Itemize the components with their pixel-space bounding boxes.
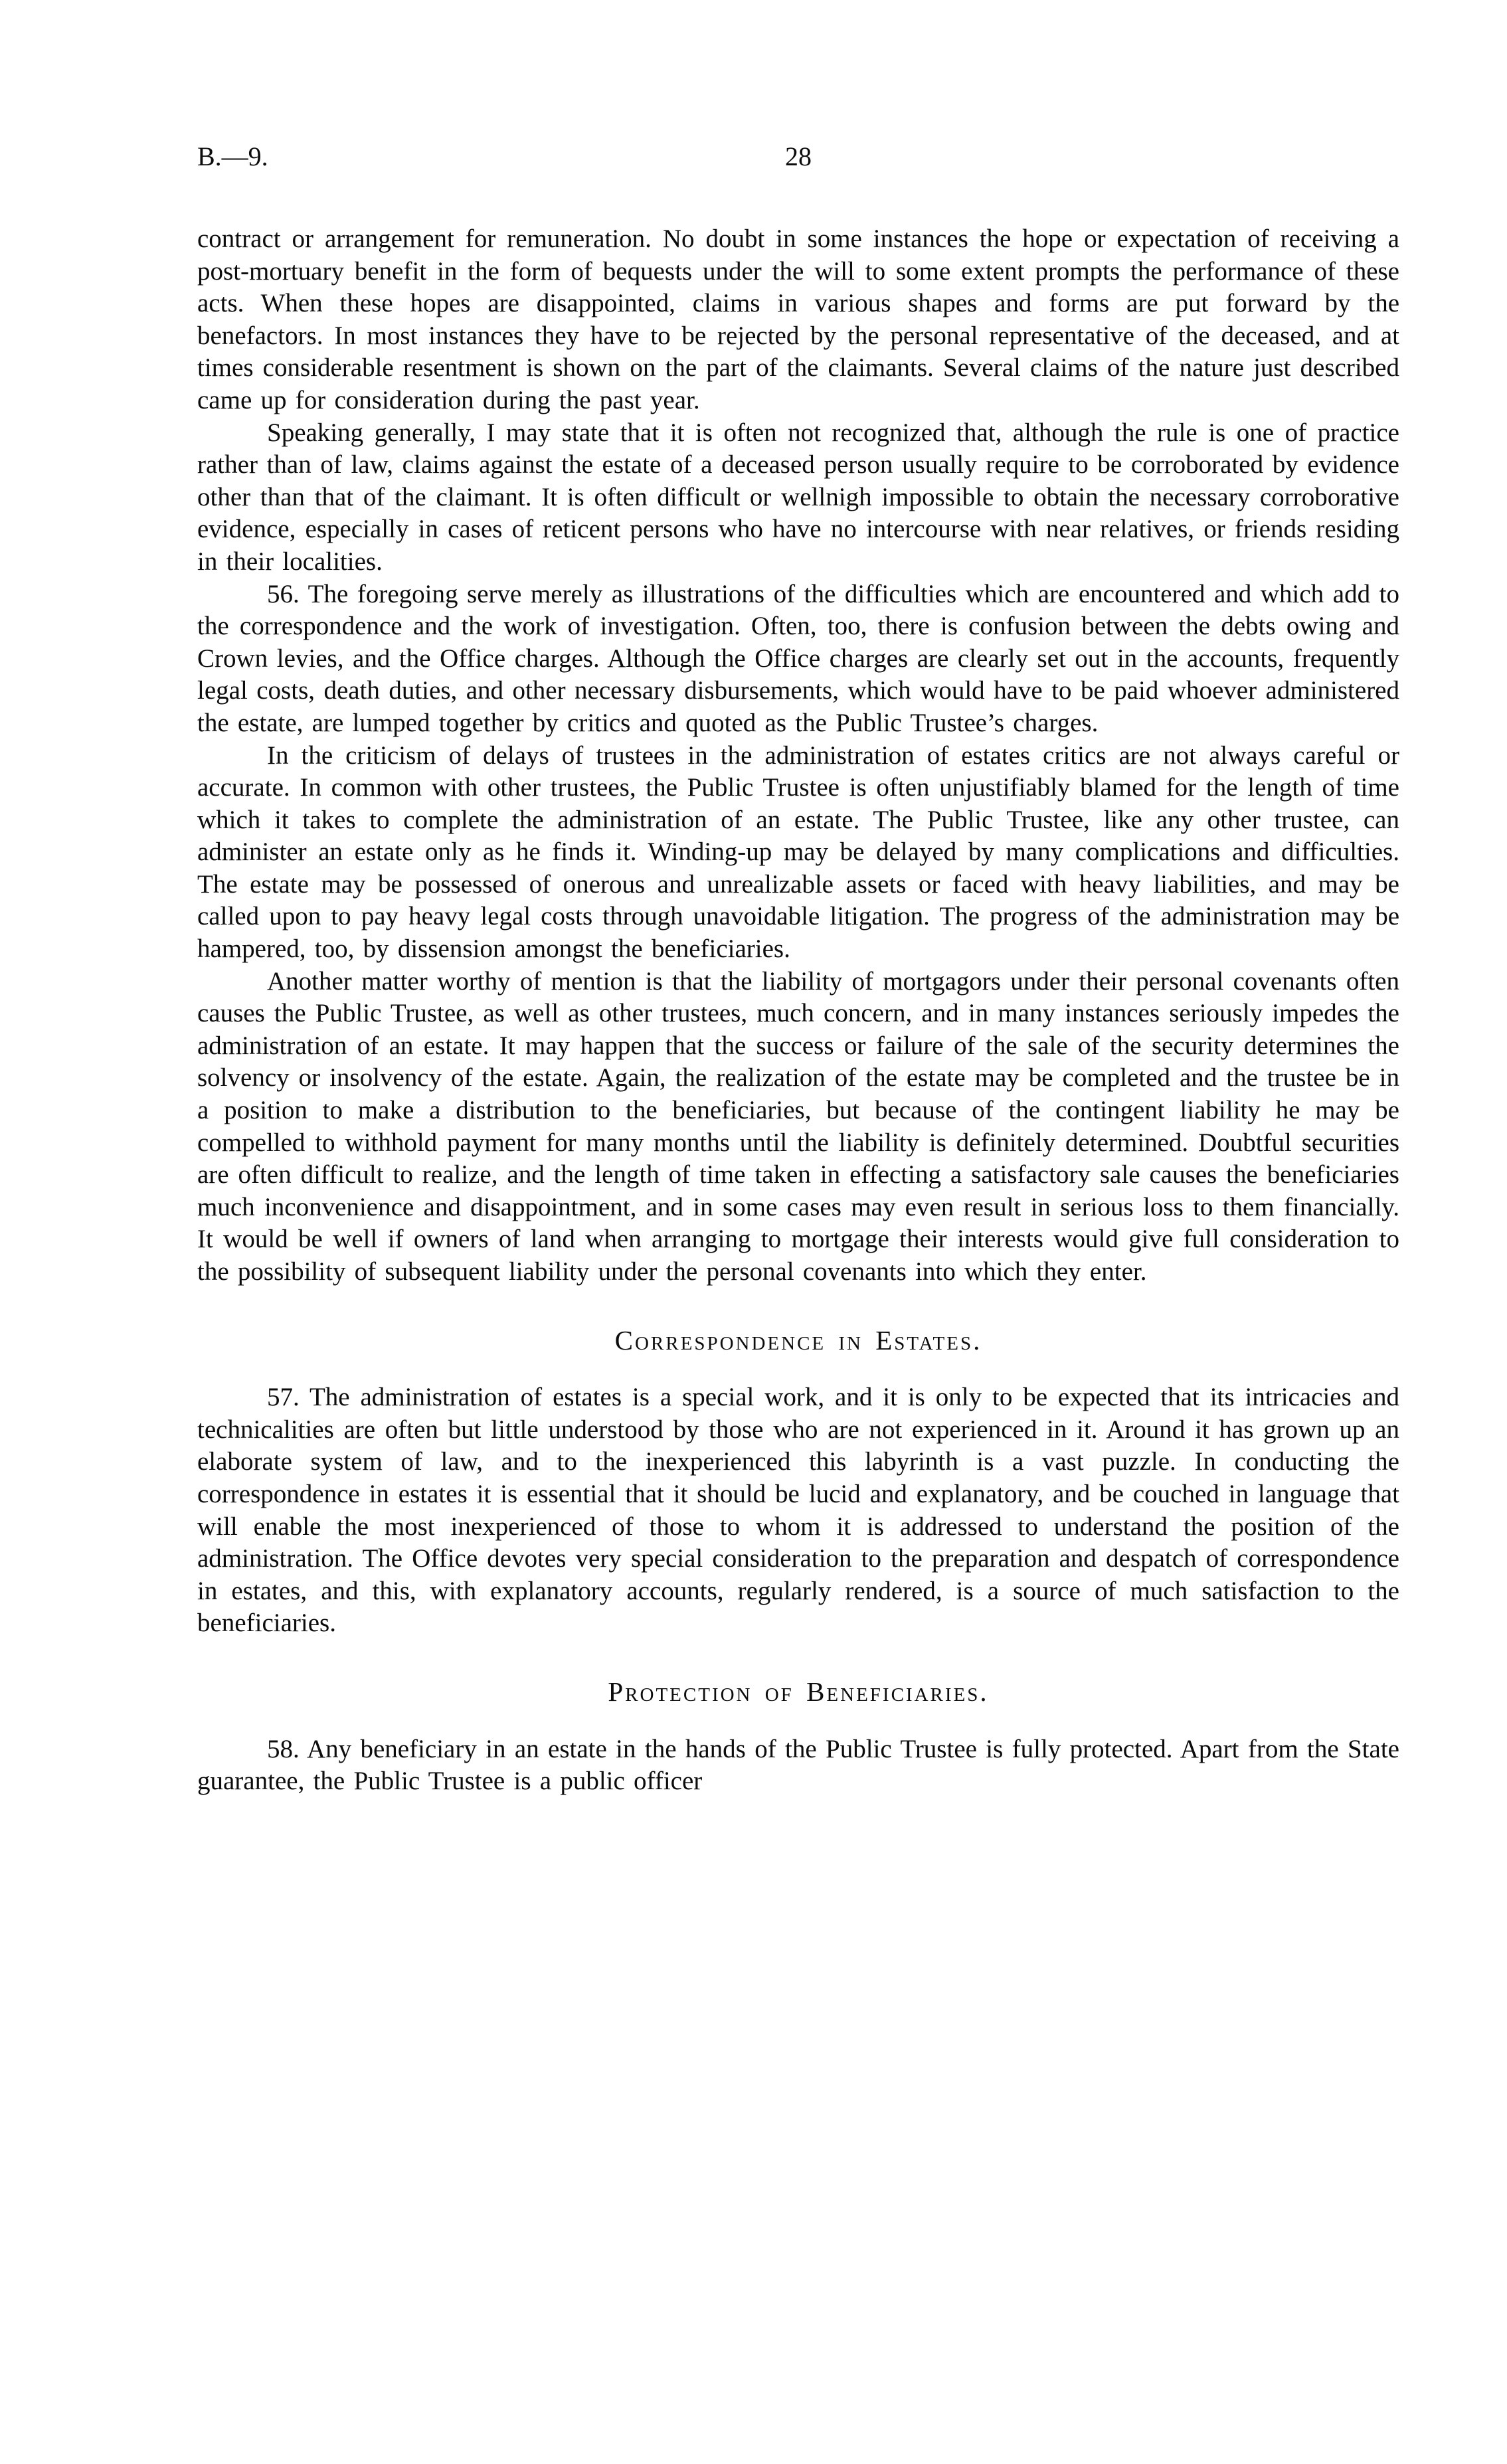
paragraph-mortgagors-liability: Another matter worthy of mention is that… bbox=[197, 966, 1399, 1288]
paragraph-claims-corroboration: Speaking generally, I may state that it … bbox=[197, 417, 1399, 578]
paragraph-criticism-of-delays: In the criticism of delays of trustees i… bbox=[197, 740, 1399, 966]
paragraph-57-correspondence: 57. The administration of estates is a s… bbox=[197, 1381, 1399, 1640]
paragraph-58-beneficiary-protection: 58. Any beneficiary in an estate in the … bbox=[197, 1733, 1399, 1798]
paragraph-56-office-charges: 56. The foregoing serve merely as illust… bbox=[197, 578, 1399, 740]
paragraph-remuneration-claims: contract or arrangement for remuneration… bbox=[197, 223, 1399, 417]
page-header: B.—9. 28 bbox=[197, 141, 1399, 175]
page-number: 28 bbox=[197, 141, 1399, 173]
heading-correspondence-in-estates: Correspondence in Estates. bbox=[197, 1324, 1399, 1357]
document-page: B.—9. 28 contract or arrangement for rem… bbox=[0, 0, 1507, 2464]
document-body: contract or arrangement for remuneration… bbox=[197, 223, 1399, 1798]
heading-protection-of-beneficiaries: Protection of Beneficiaries. bbox=[197, 1676, 1399, 1708]
